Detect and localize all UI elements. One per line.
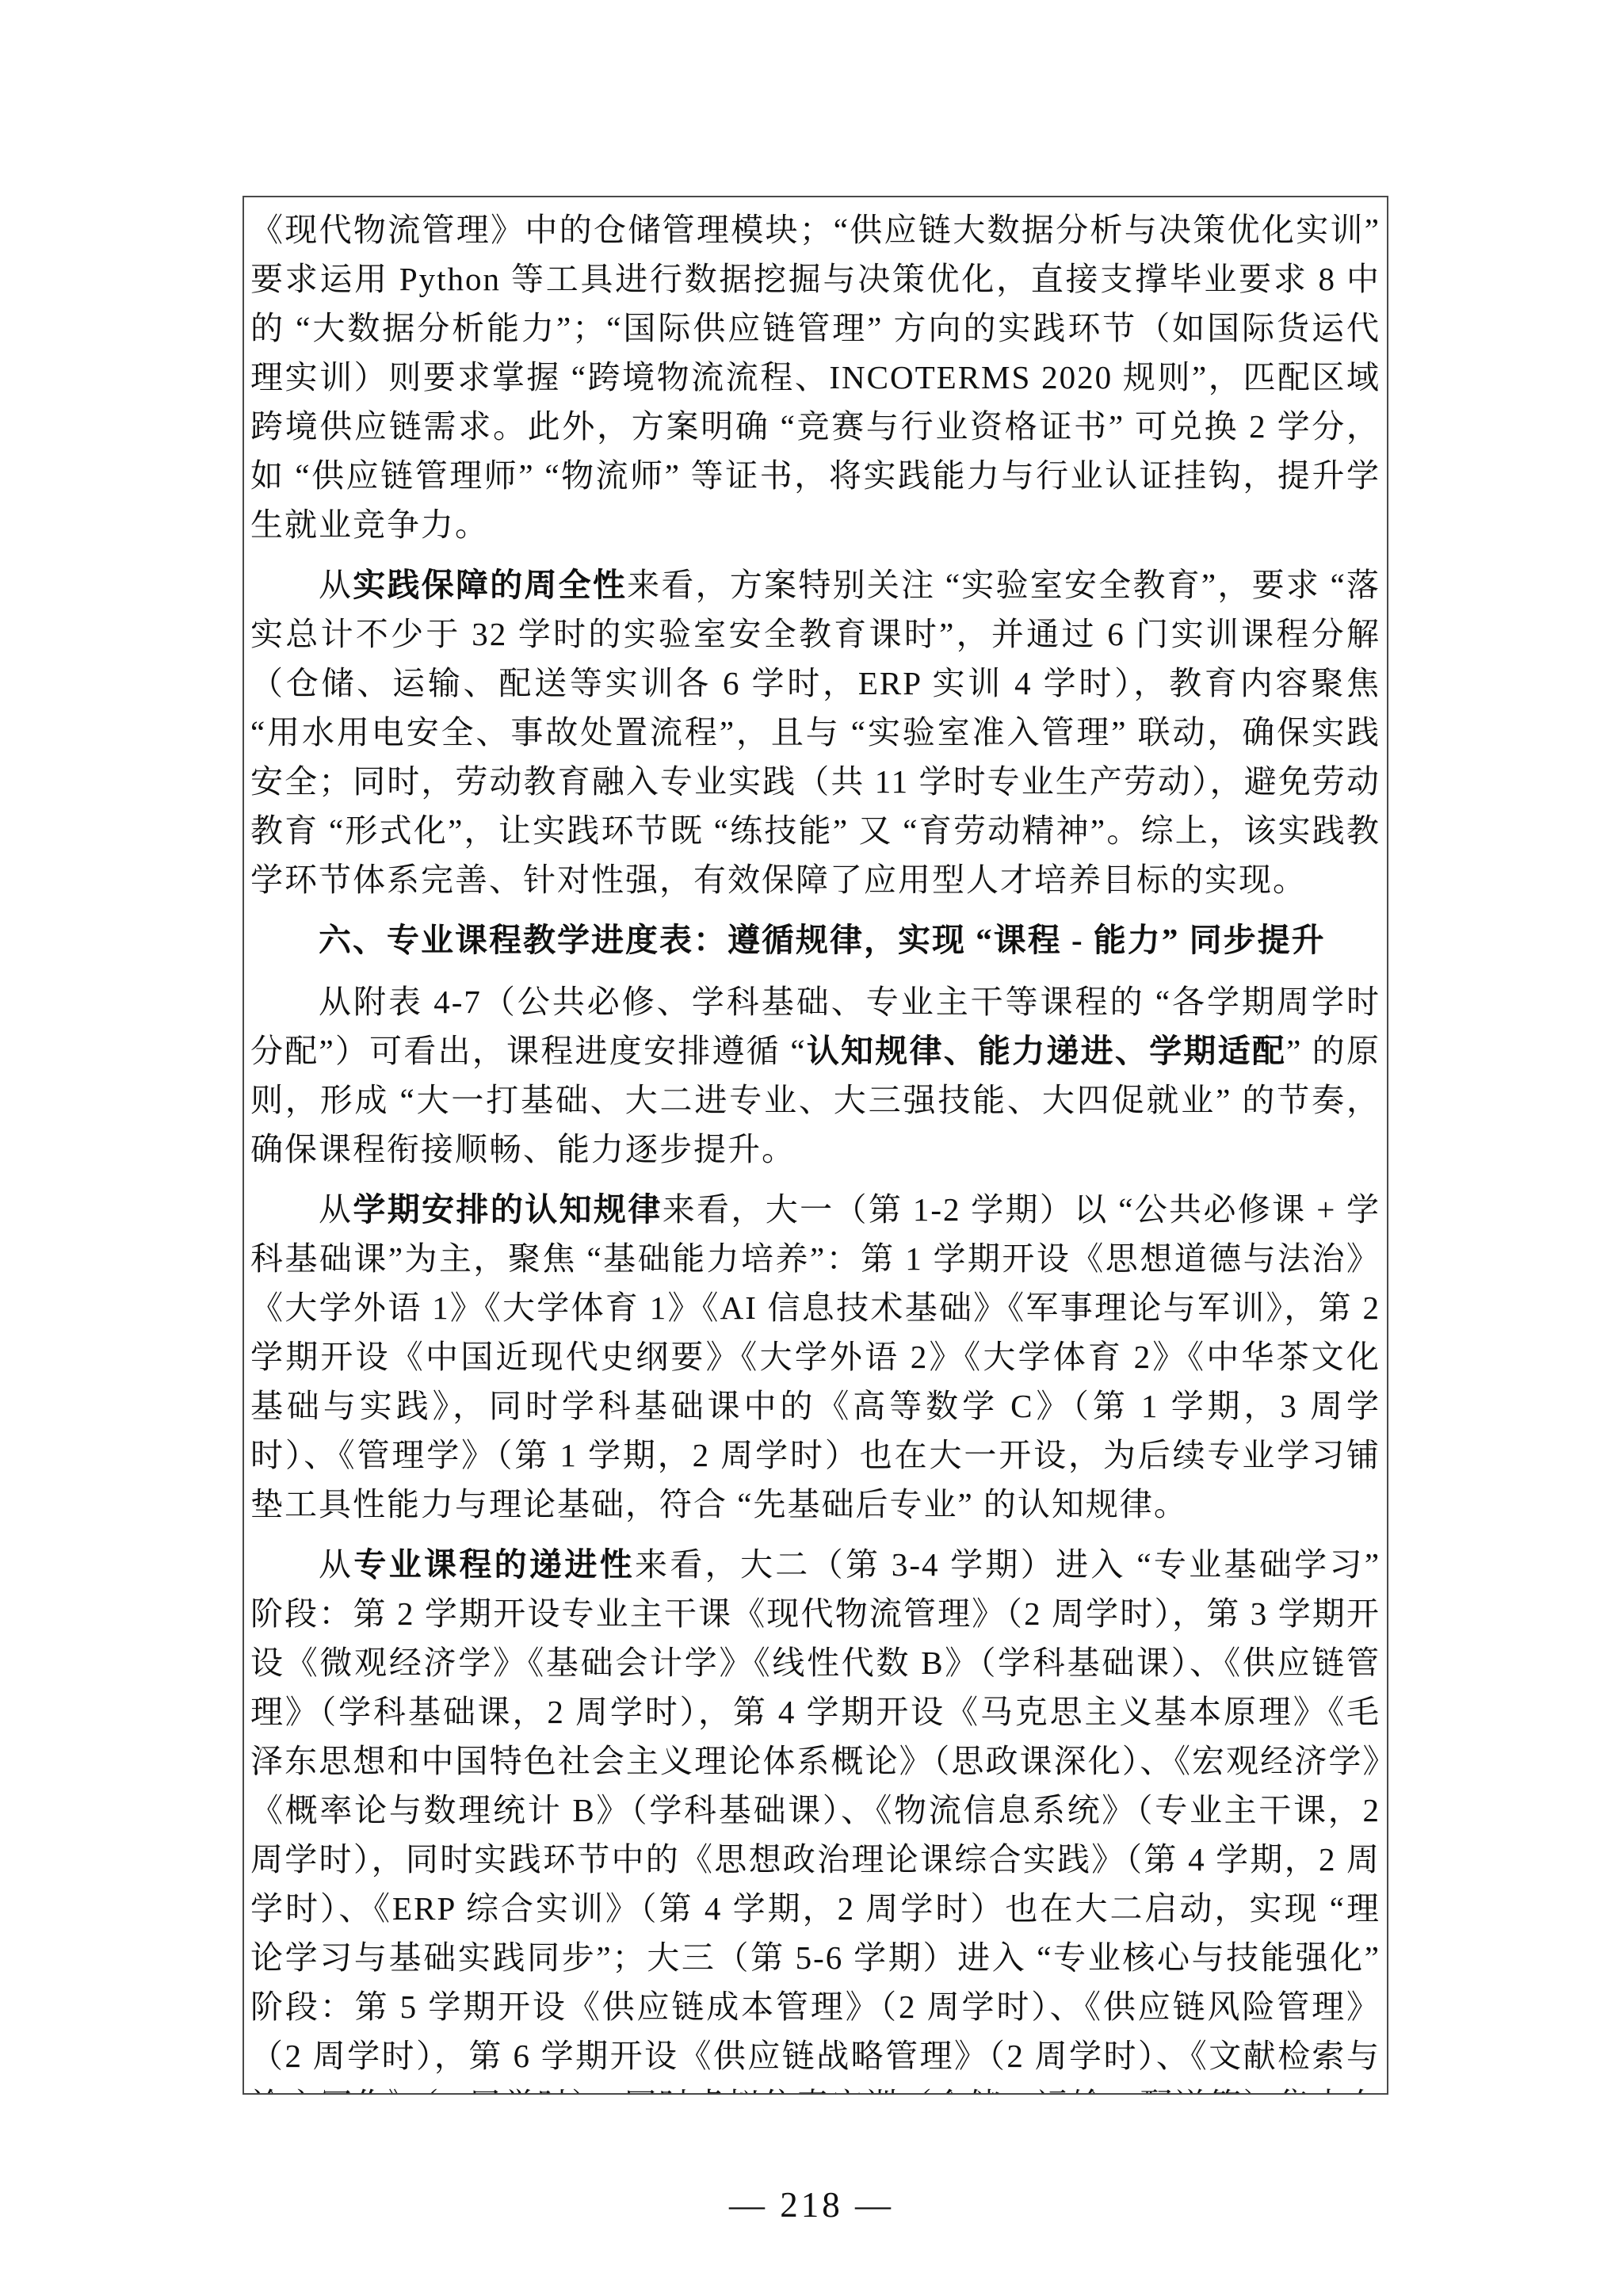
text-run: 来看，方案特别关注 “实验室安全教育”，要求 “落实总计不少于 32 学时的实验… [250,567,1381,898]
bold-text-run: 认知规律、能力递进、学期适配 [807,1033,1286,1069]
bold-text-run: 学期安排的认知规律 [353,1191,662,1228]
paragraph: 从附表 4-7（公共必修、学科基础、专业主干等课程的 “各学期周学时分配”）可看… [250,977,1381,1174]
text-run: 从 [319,567,353,603]
paragraph: 《现代物流管理》中的仓储管理模块；“供应链大数据分析与决策优化实训” 要求运用 … [250,205,1381,549]
bold-text-run: 六、专业课程教学进度表：遵循规律，实现 “课程 - 能力” 同步提升 [319,922,1326,958]
text-run: 来看，大一（第 1-2 学期）以 “公共必修课 + 学科基础课”为主，聚焦 “基… [250,1191,1381,1522]
text-run: 从 [319,1546,353,1583]
text-run: 来看，大二（第 3-4 学期）进入 “专业基础学习” 阶段：第 2 学期开设专业… [250,1546,1381,2095]
bold-text-run: 专业课程的递进性 [353,1546,635,1583]
paragraph: 从专业课程的递进性来看，大二（第 3-4 学期）进入 “专业基础学习” 阶段：第… [250,1540,1381,2095]
section-heading: 六、专业课程教学进度表：遵循规律，实现 “课程 - 能力” 同步提升 [250,915,1381,965]
bold-text-run: 实践保障的周全性 [353,567,627,603]
document-page: 《现代物流管理》中的仓储管理模块；“供应链大数据分析与决策优化实训” 要求运用 … [0,0,1623,2296]
paragraph: 从实践保障的周全性来看，方案特别关注 “实验室安全教育”，要求 “落实总计不少于… [250,560,1381,904]
text-run: 从 [319,1191,353,1228]
page-number: — 218 — [0,2184,1623,2225]
text-run: 《现代物流管理》中的仓储管理模块；“供应链大数据分析与决策优化实训” 要求运用 … [250,212,1381,543]
paragraph: 从学期安排的认知规律来看，大一（第 1-2 学期）以 “公共必修课 + 学科基础… [250,1185,1381,1529]
text-frame: 《现代物流管理》中的仓储管理模块；“供应链大数据分析与决策优化实训” 要求运用 … [242,196,1388,2095]
